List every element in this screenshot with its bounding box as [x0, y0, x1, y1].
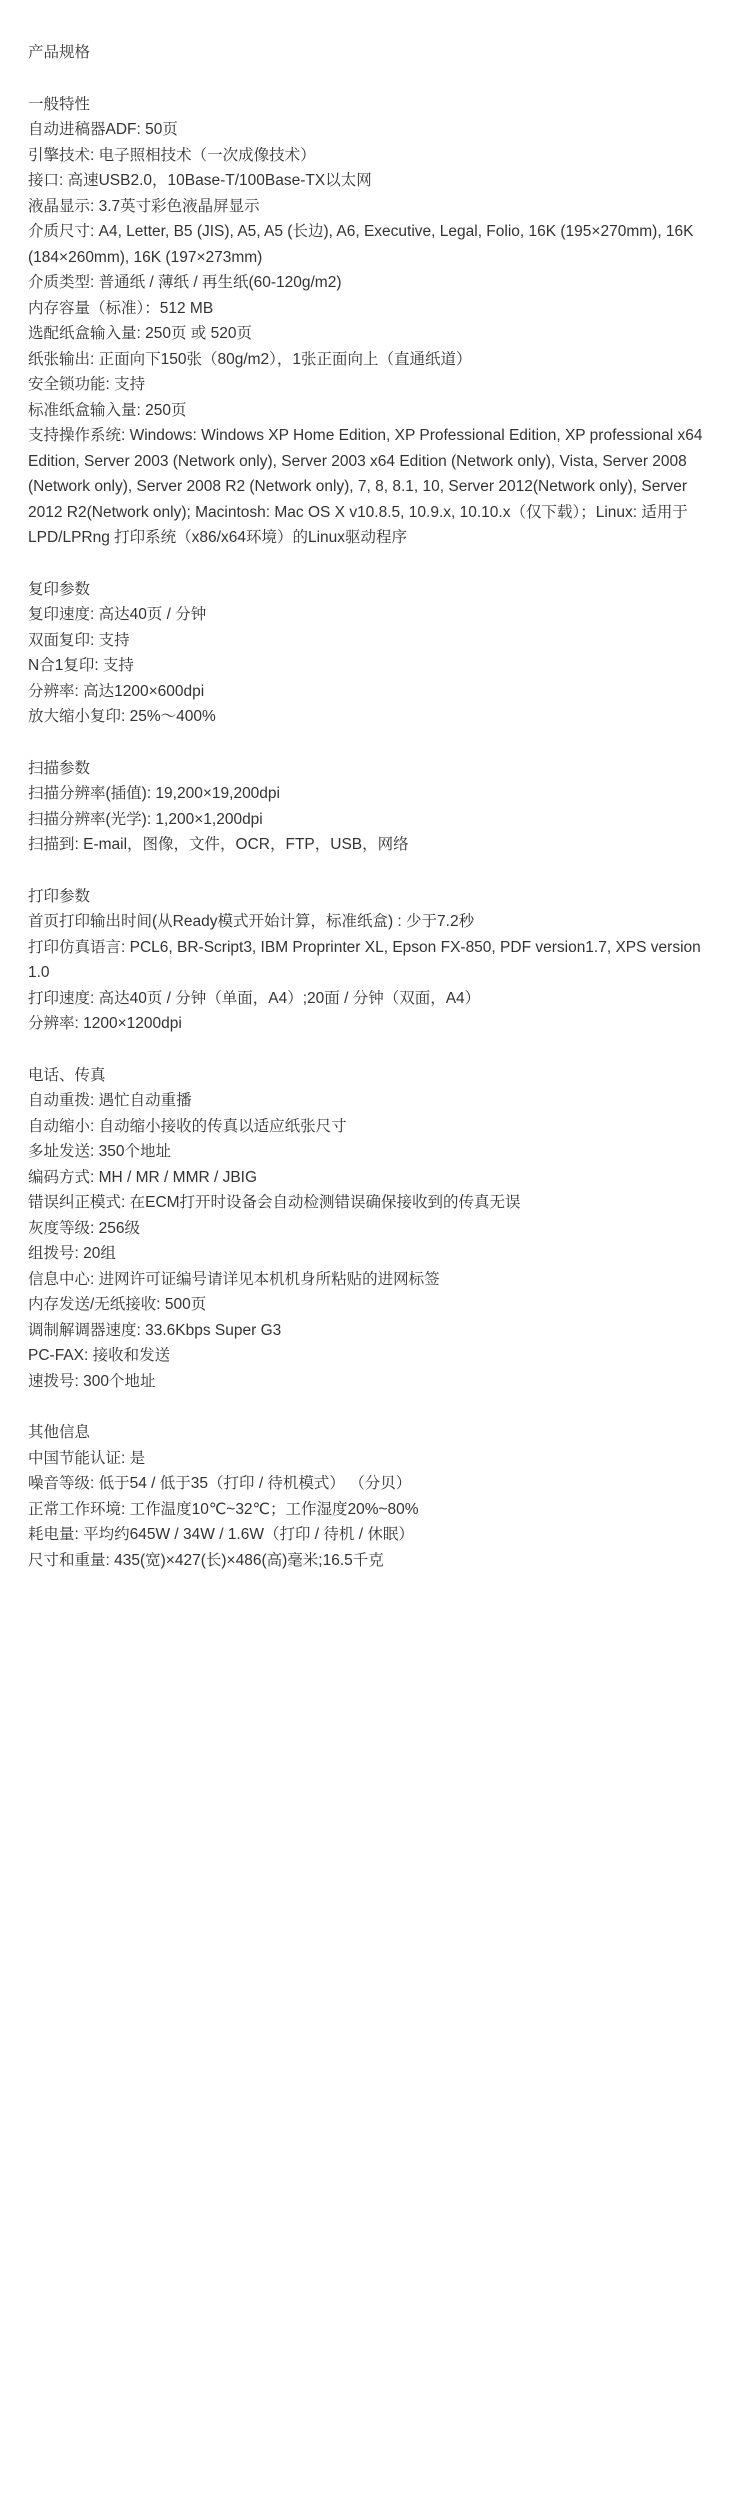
- spec-line-modem-speed: 调制解调器速度: 33.6Kbps Super G3: [28, 1318, 724, 1344]
- spec-line-paper-output: 纸张输出: 正面向下150张（80g/m2），1张正面向上（直通纸道）: [28, 347, 724, 373]
- spec-line-auto-reduction: 自动缩小: 自动缩小接收的传真以适应纸张尺寸: [28, 1114, 724, 1140]
- section-heading-copy: 复印参数: [28, 577, 724, 603]
- spec-line-broadcasting: 多址发送: 350个地址: [28, 1139, 724, 1165]
- spec-line-coding-method: 编码方式: MH / MR / MMR / JBIG: [28, 1165, 724, 1191]
- spec-line-duplex-copy: 双面复印: 支持: [28, 628, 724, 654]
- spec-line-noise-level: 噪音等级: 低于54 / 低于35（打印 / 待机模式） （分贝）: [28, 1471, 724, 1497]
- spec-line-copy-speed: 复印速度: 高达40页 / 分钟: [28, 602, 724, 628]
- spec-line-scan-to: 扫描到: E-mail，图像，文件，OCR，FTP，USB，网络: [28, 832, 724, 858]
- spec-line-first-page-out: 首页打印输出时间(从Ready模式开始计算，标准纸盒) : 少于7.2秒: [28, 909, 724, 935]
- spec-line-supported-os: 支持操作系统: Windows: Windows XP Home Edition…: [28, 423, 724, 551]
- spec-line-dimensions-weight: 尺寸和重量: 435(宽)×427(长)×486(高)毫米;16.5千克: [28, 1548, 724, 1574]
- spec-line-energy-cert: 中国节能认证: 是: [28, 1446, 724, 1472]
- spec-line-pc-fax: PC-FAX: 接收和发送: [28, 1343, 724, 1369]
- spec-line-print-speed: 打印速度: 高达40页 / 分钟（单面，A4）;20面 / 分钟（双面，A4）: [28, 986, 724, 1012]
- section-heading-print: 打印参数: [28, 884, 724, 910]
- spec-line-zoom-copy: 放大缩小复印: 25%～400%: [28, 704, 724, 730]
- section-print: 打印参数 首页打印输出时间(从Ready模式开始计算，标准纸盒) : 少于7.2…: [28, 884, 724, 1037]
- section-phone-fax: 电话、传真 自动重拨: 遇忙自动重播 自动缩小: 自动缩小接收的传真以适应纸张尺…: [28, 1063, 724, 1395]
- spec-line-info-center: 信息中心: 进网许可证编号请详见本机机身所粘贴的进网标签: [28, 1267, 724, 1293]
- spec-line-copy-resolution: 分辨率: 高达1200×600dpi: [28, 679, 724, 705]
- spec-line-operating-environment: 正常工作环境: 工作温度10℃~32℃；工作湿度20%~80%: [28, 1497, 724, 1523]
- spec-line-scan-res-interpolated: 扫描分辨率(插值): 19,200×19,200dpi: [28, 781, 724, 807]
- page-title: 产品规格: [28, 40, 724, 66]
- spec-line-standard-tray: 标准纸盒输入量: 250页: [28, 398, 724, 424]
- spec-line-grayscale: 灰度等级: 256级: [28, 1216, 724, 1242]
- section-scan: 扫描参数 扫描分辨率(插值): 19,200×19,200dpi 扫描分辨率(光…: [28, 756, 724, 858]
- spec-line-adf: 自动进稿器ADF: 50页: [28, 117, 724, 143]
- spec-line-auto-redial: 自动重拨: 遇忙自动重播: [28, 1088, 724, 1114]
- section-heading-phone-fax: 电话、传真: [28, 1063, 724, 1089]
- spec-line-media-type: 介质类型: 普通纸 / 薄纸 / 再生纸(60-120g/m2): [28, 270, 724, 296]
- spec-line-power-consumption: 耗电量: 平均约645W / 34W / 1.6W（打印 / 待机 / 休眠）: [28, 1522, 724, 1548]
- spec-line-speed-dial: 速拨号: 300个地址: [28, 1369, 724, 1395]
- spec-line-emulation: 打印仿真语言: PCL6, BR-Script3, IBM Proprinter…: [28, 935, 724, 986]
- spec-line-security-lock: 安全锁功能: 支持: [28, 372, 724, 398]
- spec-line-memory-transmission: 内存发送/无纸接收: 500页: [28, 1292, 724, 1318]
- product-spec-page: 产品规格 一般特性 自动进稿器ADF: 50页 引擎技术: 电子照相技术（一次成…: [0, 0, 750, 1573]
- spec-line-engine: 引擎技术: 电子照相技术（一次成像技术）: [28, 143, 724, 169]
- section-heading-other: 其他信息: [28, 1420, 724, 1446]
- spec-line-media-size: 介质尺寸: A4, Letter, B5 (JIS), A5, A5 (长边),…: [28, 219, 724, 270]
- spec-line-scan-res-optical: 扫描分辨率(光学): 1,200×1,200dpi: [28, 807, 724, 833]
- spec-line-interface: 接口: 高速USB2.0，10Base-T/100Base-TX以太网: [28, 168, 724, 194]
- section-general-features: 一般特性 自动进稿器ADF: 50页 引擎技术: 电子照相技术（一次成像技术） …: [28, 92, 724, 551]
- spec-line-lcd: 液晶显示: 3.7英寸彩色液晶屏显示: [28, 194, 724, 220]
- spec-line-group-dial: 组拨号: 20组: [28, 1241, 724, 1267]
- spec-line-ecm: 错误纠正模式: 在ECM打开时设备会自动检测错误确保接收到的传真无误: [28, 1190, 724, 1216]
- spec-line-print-resolution: 分辨率: 1200×1200dpi: [28, 1011, 724, 1037]
- section-heading-general: 一般特性: [28, 92, 724, 118]
- section-other-info: 其他信息 中国节能认证: 是 噪音等级: 低于54 / 低于35（打印 / 待机…: [28, 1420, 724, 1573]
- spec-line-memory: 内存容量（标准）：512 MB: [28, 296, 724, 322]
- spec-line-n-in-1: N合1复印: 支持: [28, 653, 724, 679]
- section-copy: 复印参数 复印速度: 高达40页 / 分钟 双面复印: 支持 N合1复印: 支持…: [28, 577, 724, 730]
- spec-line-optional-tray: 选配纸盒输入量: 250页 或 520页: [28, 321, 724, 347]
- section-heading-scan: 扫描参数: [28, 756, 724, 782]
